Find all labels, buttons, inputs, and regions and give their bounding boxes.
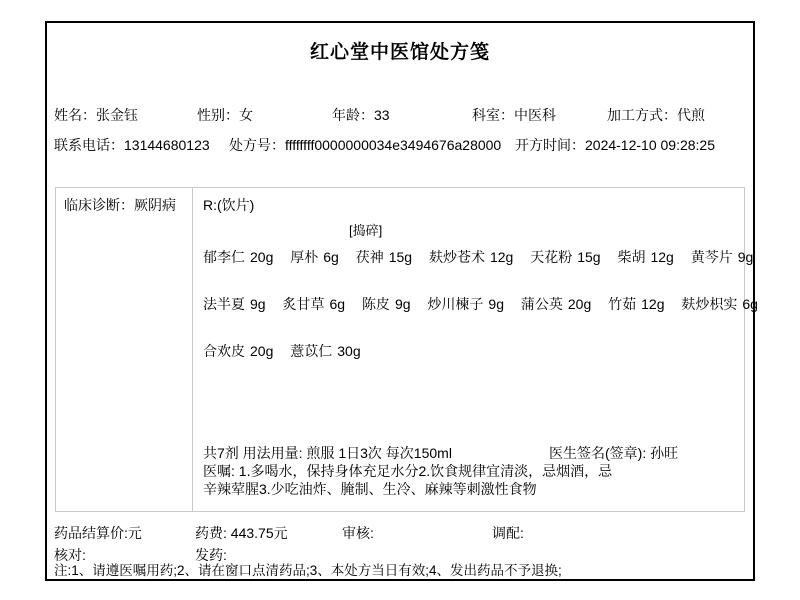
patient-gender-field: 性别：女 [197, 107, 253, 123]
herb-item: 法半夏9g [203, 296, 266, 312]
prescription-sheet: 红心堂中医馆处方笺 姓名：张金钰 性别：女 年龄：33 科室：中医科 加工方式：… [45, 21, 755, 581]
patient-gender-value: 女 [239, 107, 253, 123]
herb-item: 薏苡仁30g [290, 343, 360, 359]
herb-name: 竹茹 [608, 296, 636, 312]
herb-name: 炒川楝子 [427, 296, 483, 312]
herb-row-3: 合欢皮20g 薏苡仁30g [203, 343, 771, 359]
herb-dose: 12g [650, 249, 673, 265]
patient-age-label: 年龄： [332, 107, 374, 123]
review-field: 审核: [342, 525, 374, 541]
patient-age-value: 33 [374, 107, 390, 123]
rx-number-value: ffffffff0000000034e3494676a28000 [285, 137, 501, 153]
herb-dose: 20g [568, 296, 591, 312]
herb-dose: 12g [641, 296, 664, 312]
issue-field: 发药: [195, 547, 227, 563]
issue-time-value: 2024-12-10 09:28:25 [585, 137, 715, 153]
herb-name: 黄芩片 [691, 249, 733, 265]
review-label: 审核: [342, 525, 374, 541]
diagnosis-value: 厥阴病 [134, 197, 176, 213]
herb-name: 蒲公英 [521, 296, 563, 312]
herb-item: 炙甘草6g [282, 296, 345, 312]
doctor-signature-field: 医生签名(签章): 孙旺 [549, 444, 678, 462]
rx-header: R:(饮片) [203, 197, 771, 213]
herb-name: 柴胡 [617, 249, 645, 265]
patient-gender-label: 性别： [197, 107, 239, 123]
dispense-field: 调配: [492, 525, 524, 541]
herb-name: 茯神 [356, 249, 384, 265]
processing-method-field: 加工方式：代煎 [607, 107, 705, 123]
herb-item: 麸炒苍术12g [429, 249, 513, 265]
herb-row-1: 郁李仁20g 厚朴6g 茯神15g 麸炒苍术12g 天花粉15g 柴胡12g 黄… [203, 249, 771, 265]
herb-item: 柴胡12g [617, 249, 673, 265]
herb-name: 麸炒枳实 [681, 296, 737, 312]
herb-row-2: 法半夏9g 炙甘草6g 陈皮9g 炒川楝子9g 蒲公英20g 竹茹12g 麸炒枳… [203, 296, 771, 312]
medical-advice-line-1: 医嘱: 1.多喝水，保持身体充足水分2.饮食规律宜清淡，忌烟酒，忌 [203, 462, 771, 480]
rx-panel: R:(饮片) [捣碎] 郁李仁20g 厚朴6g 茯神15g 麸炒苍术12g 天花… [193, 188, 781, 511]
prescription-screen: 红心堂中医馆处方笺 姓名：张金钰 性别：女 年龄：33 科室：中医科 加工方式：… [0, 0, 800, 600]
herb-dose: 20g [250, 249, 273, 265]
herb-item: 麸炒枳实6g [681, 296, 758, 312]
herb-item: 合欢皮20g [203, 343, 273, 359]
herb-name: 天花粉 [530, 249, 572, 265]
herb-dose: 9g [738, 249, 754, 265]
prescription-body-box: 临床诊断：厥阴病 R:(饮片) [捣碎] 郁李仁20g 厚朴6g 茯神15g 麸… [55, 187, 745, 512]
phone-label: 联系电话： [54, 137, 124, 153]
patient-name-field: 姓名：张金钰 [54, 107, 138, 123]
herb-name: 薏苡仁 [290, 343, 332, 359]
check-field: 核对: [54, 547, 86, 563]
herb-dose: 20g [250, 343, 273, 359]
doctor-signature-label: 医生签名(签章): [549, 445, 650, 461]
processing-method-label: 加工方式： [607, 107, 677, 123]
herb-dose: 9g [488, 296, 504, 312]
patient-age-field: 年龄：33 [332, 107, 390, 123]
dispense-label: 调配: [492, 525, 524, 541]
herb-item: 茯神15g [356, 249, 412, 265]
medical-advice-line-2: 辛辣荤腥3.少吃油炸、腌制、生冷、麻辣等刺激性食物 [203, 480, 771, 498]
herb-dose: 6g [742, 296, 758, 312]
herb-name: 陈皮 [362, 296, 390, 312]
check-label: 核对: [54, 547, 86, 563]
patient-info-row: 姓名：张金钰 性别：女 年龄：33 科室：中医科 加工方式：代煎 [47, 107, 753, 125]
rx-number-label: 处方号： [229, 137, 285, 153]
herb-item: 天花粉15g [530, 249, 600, 265]
herb-name: 麸炒苍术 [429, 249, 485, 265]
herb-item: 厚朴6g [290, 249, 339, 265]
herb-dose: 30g [337, 343, 360, 359]
phone-field: 联系电话：13144680123 [54, 137, 210, 153]
settlement-price-label: 药品结算价: [54, 525, 128, 541]
herb-item: 蒲公英20g [521, 296, 591, 312]
rx-number-field: 处方号：ffffffff0000000034e3494676a28000 [229, 137, 501, 153]
herb-item: 郁李仁20g [203, 249, 273, 265]
herb-dose: 15g [389, 249, 412, 265]
herb-dose: 9g [395, 296, 411, 312]
contact-info-row: 联系电话：13144680123 处方号：ffffffff0000000034e… [47, 137, 753, 155]
page-title: 红心堂中医馆处方笺 [47, 37, 753, 64]
medicine-fee-value: 443.75元 [231, 525, 288, 541]
herb-dose: 9g [250, 296, 266, 312]
issue-time-label: 开方时间： [515, 137, 585, 153]
medicine-fee-label: 药费: [195, 525, 231, 541]
rx-bottom-block: 共7剂 用法用量: 煎服 1日3次 每次150ml 医生签名(签章): 孙旺 医… [203, 444, 771, 498]
diagnosis-label: 临床诊断： [64, 197, 134, 213]
herb-dose: 12g [490, 249, 513, 265]
herb-item: 黄芩片9g [691, 249, 754, 265]
department-label: 科室： [472, 107, 514, 123]
medicine-fee-field: 药费: 443.75元 [195, 525, 288, 541]
footer-note: 注:1、请遵医嘱用药;2、请在窗口点清药品;3、本处方当日有效;4、发出药品不予… [54, 563, 746, 579]
patient-name-value: 张金钰 [96, 107, 138, 123]
herb-name: 厚朴 [290, 249, 318, 265]
patient-name-label: 姓名： [54, 107, 96, 123]
department-value: 中医科 [514, 107, 556, 123]
herb-dose: 6g [329, 296, 345, 312]
herb-name: 法半夏 [203, 296, 245, 312]
rx-annotation-crushed: [捣碎] [349, 223, 771, 239]
herb-item: 竹茹12g [608, 296, 664, 312]
herb-name: 炙甘草 [282, 296, 324, 312]
footer-row-1: 药品结算价:元 药费: 443.75元 审核: 调配: [47, 525, 753, 543]
herb-dose: 15g [577, 249, 600, 265]
department-field: 科室：中医科 [472, 107, 556, 123]
diagnosis-panel: 临床诊断：厥阴病 [56, 188, 193, 511]
issue-label: 发药: [195, 547, 227, 563]
herb-name: 合欢皮 [203, 343, 245, 359]
settlement-price-unit: 元 [128, 525, 142, 541]
herb-name: 郁李仁 [203, 249, 245, 265]
settlement-price-field: 药品结算价:元 [54, 525, 142, 541]
processing-method-value: 代煎 [677, 107, 705, 123]
herb-item: 陈皮9g [362, 296, 411, 312]
usage-and-signature-row: 共7剂 用法用量: 煎服 1日3次 每次150ml 医生签名(签章): 孙旺 [203, 444, 771, 462]
doctor-signature-value: 孙旺 [650, 445, 678, 461]
phone-value: 13144680123 [124, 137, 210, 153]
usage-summary: 共7剂 用法用量: 煎服 1日3次 每次150ml [203, 445, 452, 461]
herb-item: 炒川楝子9g [427, 296, 504, 312]
herb-dose: 6g [323, 249, 339, 265]
issue-time-field: 开方时间：2024-12-10 09:28:25 [515, 137, 715, 153]
